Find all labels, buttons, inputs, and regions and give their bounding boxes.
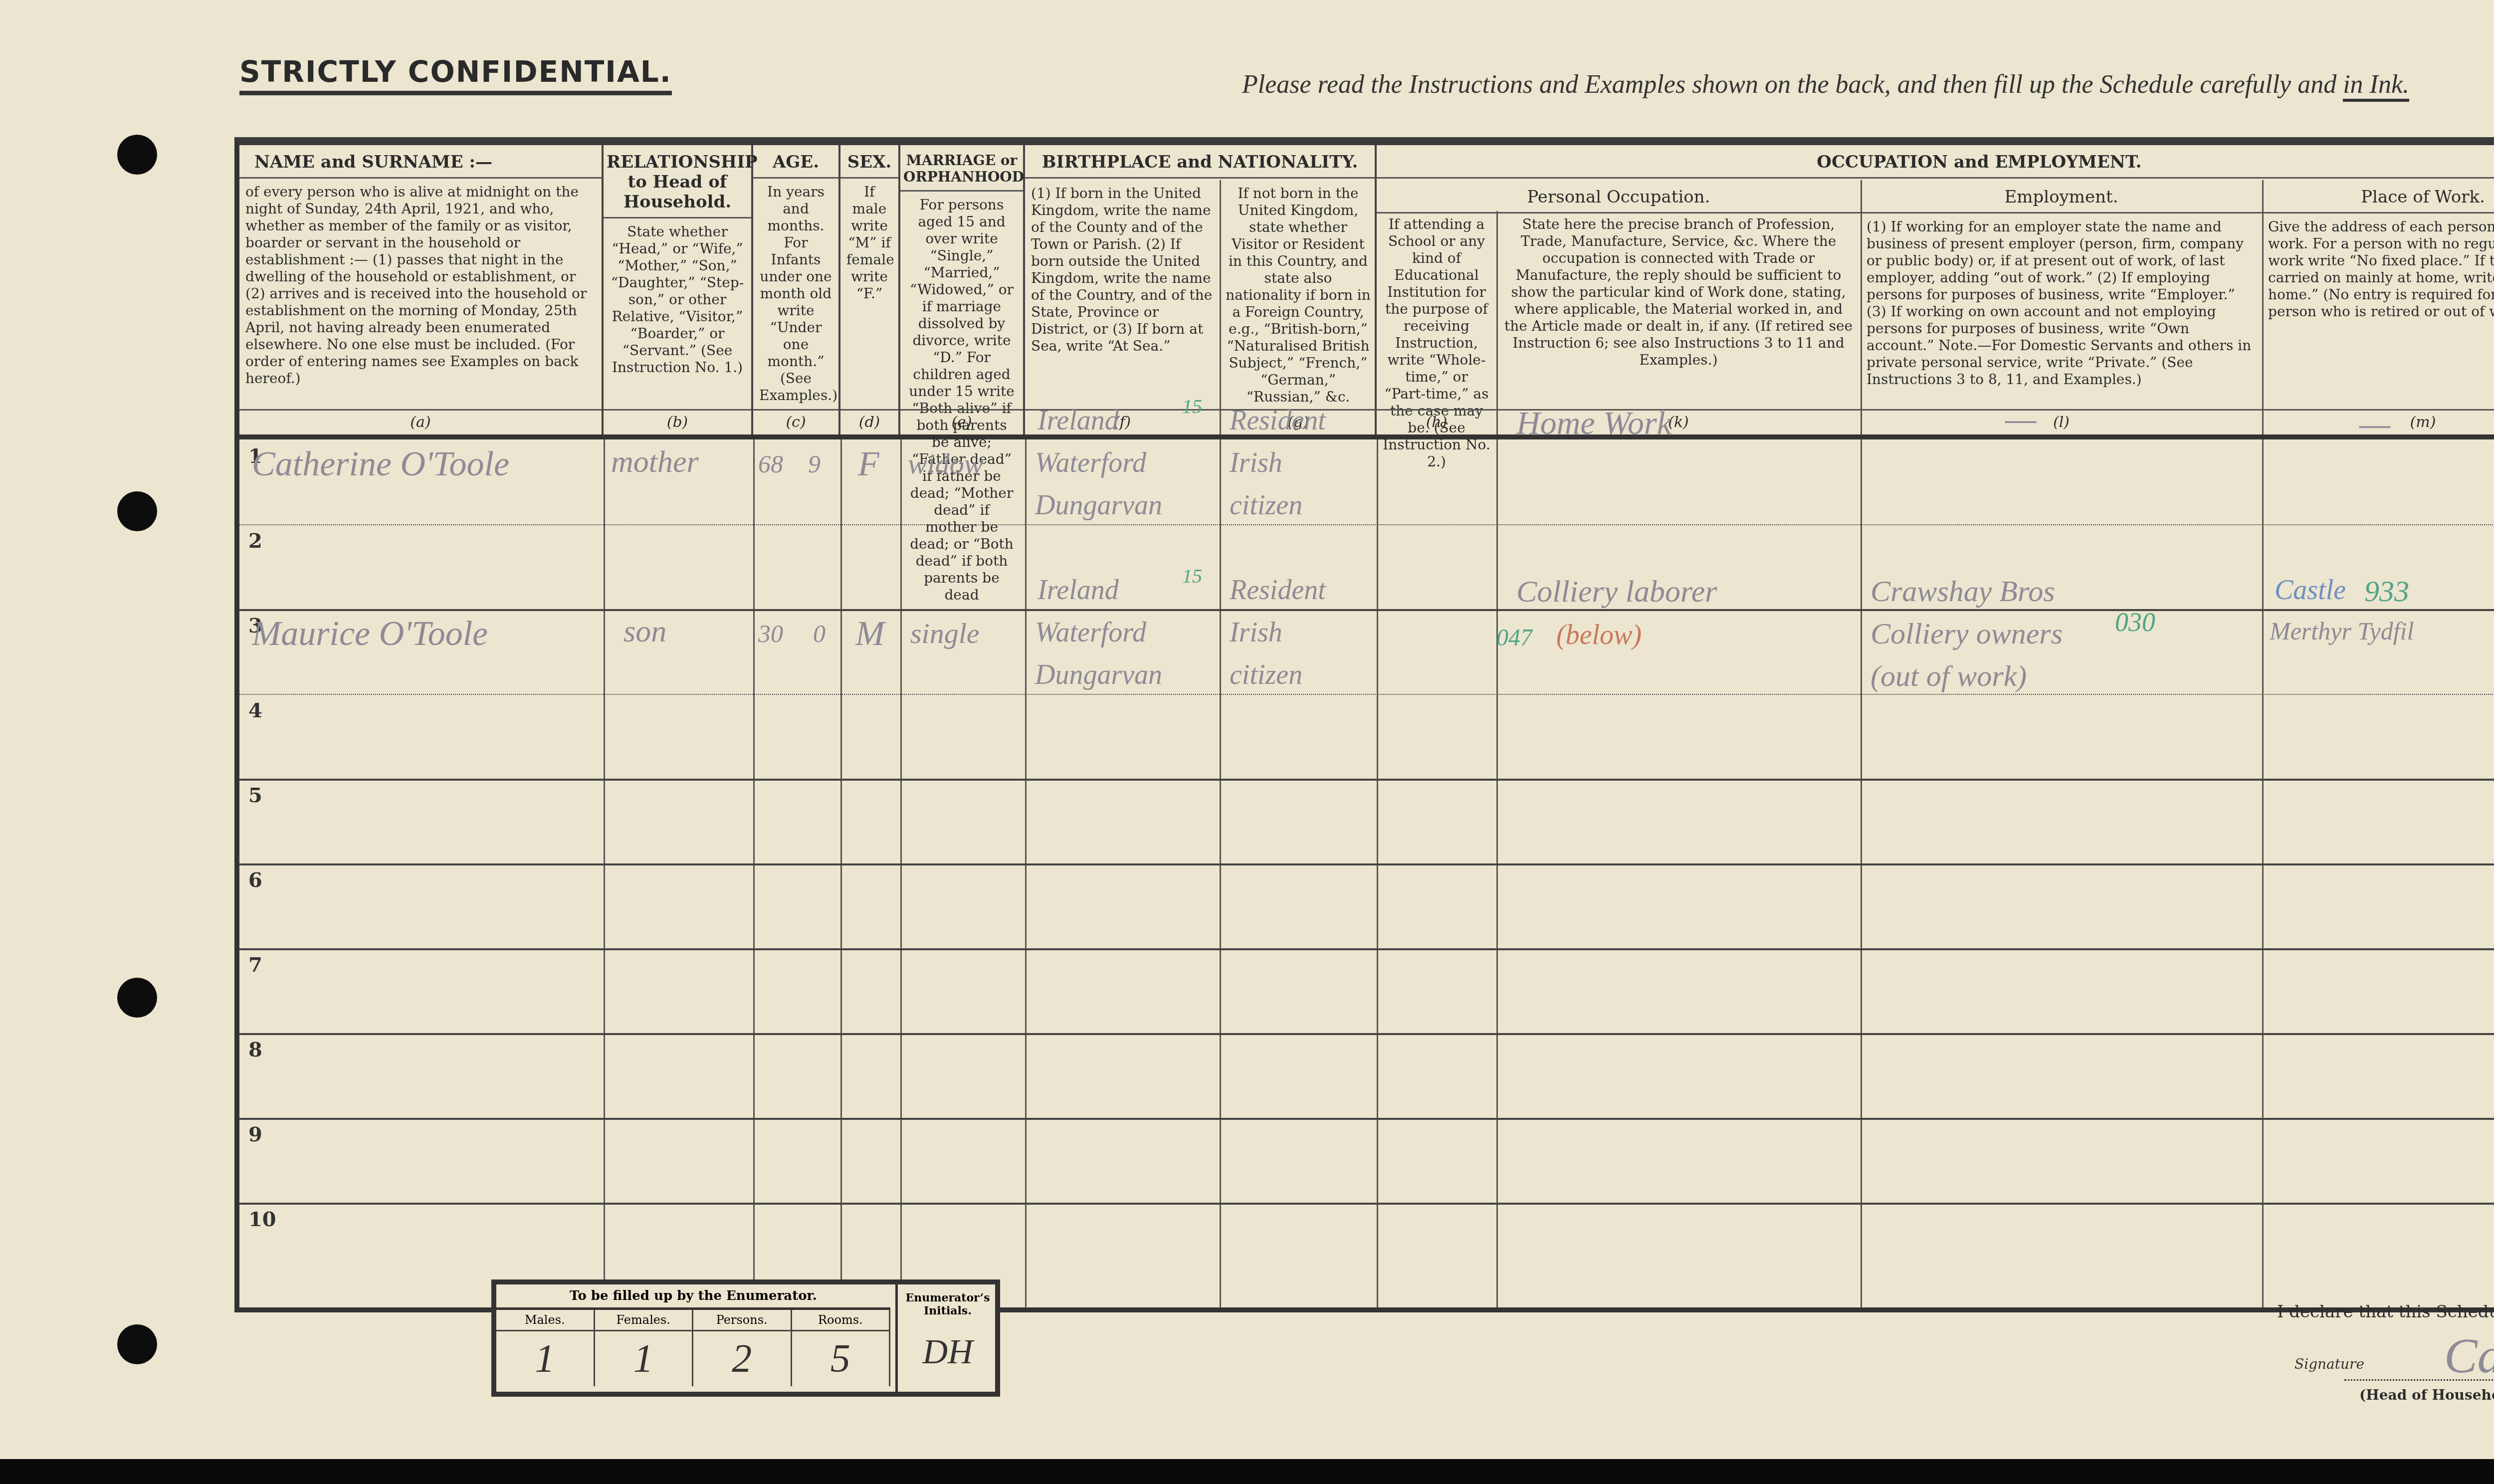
person-nationality-1[interactable]: Resident — [1230, 405, 1326, 436]
instruction-text: Please read the Instructions and Example… — [1242, 70, 2343, 99]
place-code: 933 — [2364, 574, 2409, 609]
column-a-name: NAME and SURNAME :— of every person who … — [239, 145, 604, 434]
person-relationship[interactable]: mother — [611, 444, 699, 480]
age-grid: Under Age last birthday One1234567891011… — [239, 612, 2494, 696]
person-place-of-work-2[interactable]: Merthyr Tydfil — [2270, 617, 2414, 645]
column-instructions: Give the address of each person’s place … — [2262, 213, 2494, 325]
person-relationship[interactable]: son — [623, 614, 666, 649]
column-group-title: OCCUPATION and EMPLOYMENT. — [1377, 145, 2494, 179]
signature[interactable]: Catherine O'Toole — [2444, 1327, 2494, 1384]
column-l-employment: Employment. (1) If working for an employ… — [1861, 180, 2264, 434]
birthplace-code: 15 — [1182, 564, 1202, 588]
row-divider — [239, 524, 2494, 525]
person-birthplace-3[interactable]: Dungarvan — [1035, 659, 1162, 691]
column-m-place-of-work: Place of Work. Give the address of each … — [2262, 180, 2494, 434]
persons-label: Persons. — [693, 1310, 791, 1331]
column-title: MARRIAGE or ORPHANHOOD — [900, 145, 1023, 192]
occupation-note: (below) — [1556, 619, 1642, 651]
table-header: NAME and SURNAME :— of every person who … — [239, 145, 2494, 439]
person-name[interactable]: Maurice O'Toole — [252, 614, 488, 654]
person-sex[interactable]: F — [858, 444, 879, 484]
males-value[interactable]: 1 — [496, 1331, 594, 1386]
persons-cell: Persons. 2 — [693, 1310, 792, 1386]
punch-hole — [117, 491, 157, 531]
column-letter: (b) — [604, 409, 751, 434]
punch-hole — [117, 135, 157, 175]
column-h-schooling: If attending a School or any kind of Edu… — [1377, 211, 1498, 434]
column-group-title: BIRTHPLACE and NATIONALITY. — [1025, 145, 1375, 179]
row-divider — [239, 1118, 2494, 1120]
rooms-cell: Rooms. 5 — [792, 1310, 891, 1386]
signature-note: (Head of Household, Manager of Establish… — [2359, 1387, 2494, 1403]
person-nationality-3[interactable]: citizen — [1230, 659, 1302, 691]
column-title: NAME and SURNAME :— — [239, 145, 602, 179]
person-birthplace-2[interactable]: Waterford — [1035, 447, 1146, 479]
females-value[interactable]: 1 — [595, 1331, 692, 1386]
census-schedule-page: STRICTLY CONFIDENTIAL. Please read the I… — [0, 0, 2494, 1459]
enumerator-initials-cell: Enumerator’s Initials. DH — [895, 1284, 998, 1392]
column-b-relationship: RELATIONSHIP to Head of Household. State… — [604, 145, 753, 434]
column-instructions: State here the precise branch of Profess… — [1496, 211, 1861, 374]
males-label: Males. — [496, 1310, 594, 1331]
column-letter: (h) — [1377, 409, 1496, 434]
column-instructions: of every person who is alive at midnight… — [239, 179, 602, 392]
confidential-heading: STRICTLY CONFIDENTIAL. — [239, 55, 672, 95]
row-number: 8 — [248, 1038, 262, 1061]
age-grid: Under Age last birthday One1234567891011… — [239, 781, 2494, 866]
person-age-years[interactable]: 68 — [758, 449, 783, 478]
column-letter: (d) — [840, 409, 898, 434]
column-instructions: If attending a School or any kind of Edu… — [1377, 211, 1496, 475]
column-instructions: If male write “M” if female write “F.” — [840, 179, 898, 307]
row-number: 7 — [248, 953, 262, 977]
row-divider — [239, 1203, 2494, 1205]
persons-value[interactable]: 2 — [693, 1331, 791, 1386]
age-grid: Under Age last birthday One1234567891011… — [239, 439, 2494, 524]
person-place-of-work[interactable]: — — [2359, 405, 2390, 444]
person-age-months[interactable]: 9 — [808, 449, 821, 478]
column-g-nationality: If not born in the United Kingdom, state… — [1220, 180, 1377, 434]
column-title: RELATIONSHIP to Head of Household. — [604, 145, 751, 218]
person-employer-1[interactable]: Crawshay Bros — [1870, 574, 2055, 609]
birthplace-code: 15 — [1182, 395, 1202, 418]
signature-label: Signature — [2294, 1356, 2364, 1372]
instruction-line: Please read the Instructions and Example… — [1242, 70, 2409, 99]
column-occupation-employment: OCCUPATION and EMPLOYMENT. Personal Occu… — [1377, 145, 2494, 434]
person-employer-3[interactable]: (out of work) — [1870, 659, 2027, 693]
row-number: 10 — [248, 1208, 276, 1231]
instruction-ink: in Ink. — [2343, 70, 2409, 102]
females-cell: Females. 1 — [595, 1310, 694, 1386]
row-number: 4 — [248, 699, 262, 722]
column-letter: (e) — [900, 409, 1023, 434]
totals-title: To be filled up by the Enumerator. — [496, 1284, 890, 1310]
column-letter: (c) — [753, 409, 838, 434]
initials-label: Enumerator’s Initials. — [898, 1284, 998, 1317]
row-divider — [239, 779, 2494, 781]
row-divider — [239, 1033, 2494, 1035]
row-number: 2 — [248, 529, 262, 553]
column-birthplace-nationality: BIRTHPLACE and NATIONALITY. (1) If born … — [1025, 145, 1377, 434]
column-instructions: State whether “Head,” or “Wife,” “Mother… — [604, 218, 751, 381]
person-age-years[interactable]: 30 — [758, 619, 783, 648]
column-instructions: (1) If working for an employer state the… — [1861, 213, 2262, 393]
column-title: Place of Work. — [2262, 180, 2494, 213]
person-place-of-work-1[interactable]: Castle — [2275, 574, 2346, 606]
personal-occupation-title: Personal Occupation. — [1377, 180, 1861, 213]
rooms-label: Rooms. — [792, 1310, 889, 1331]
person-birthplace-1[interactable]: Ireland — [1038, 574, 1119, 606]
column-instructions: (1) If born in the United Kingdom, write… — [1025, 180, 1220, 360]
personal-occupation-group: Personal Occupation. If attending a Scho… — [1377, 180, 1862, 434]
column-title: Employment. — [1861, 180, 2262, 213]
person-nationality-3[interactable]: citizen — [1230, 489, 1302, 521]
column-d-sex: SEX. If male write “M” if female write “… — [840, 145, 900, 434]
person-nationality-2[interactable]: Irish — [1230, 617, 1282, 648]
person-birthplace-2[interactable]: Waterford — [1035, 617, 1146, 648]
initials-value[interactable]: DH — [898, 1317, 998, 1372]
column-k-occupation: State here the precise branch of Profess… — [1496, 211, 1861, 434]
person-birthplace-3[interactable]: Dungarvan — [1035, 489, 1162, 521]
column-instructions: In years and months. For Infants under o… — [753, 179, 838, 409]
row-number: 9 — [248, 1123, 262, 1146]
punch-hole — [117, 1324, 157, 1364]
person-marriage[interactable]: single — [910, 617, 980, 650]
person-occupation[interactable]: Colliery laborer — [1516, 574, 1717, 610]
column-instructions: If not born in the United Kingdom, state… — [1220, 180, 1377, 411]
schedule-table: NAME and SURNAME :— of every person who … — [234, 137, 2494, 1312]
person-birthplace-1[interactable]: Ireland — [1038, 405, 1119, 436]
row-divider — [239, 609, 2494, 611]
column-letter: (a) — [239, 409, 602, 434]
person-employment[interactable]: — — [2005, 400, 2036, 439]
age-grid: Under Age last birthday One1234567891011… — [239, 866, 2494, 951]
column-c-age: AGE. In years and months. For Infants un… — [753, 145, 840, 434]
column-title: SEX. — [840, 145, 898, 179]
person-name[interactable]: Catherine O'Toole — [252, 444, 509, 484]
declaration-text: I declare that this Schedule is correctl… — [2277, 1302, 2494, 1322]
employment-code: 030 — [2115, 607, 2155, 637]
person-nationality-2[interactable]: Irish — [1230, 447, 1282, 479]
rooms-value[interactable]: 5 — [792, 1331, 889, 1386]
males-cell: Males. 1 — [496, 1310, 595, 1386]
occupation-code: 047 — [1496, 624, 1532, 651]
person-age-months[interactable]: 0 — [813, 619, 826, 648]
column-e-marriage: MARRIAGE or ORPHANHOOD For persons aged … — [900, 145, 1025, 434]
column-letter: (l) — [1861, 409, 2262, 434]
enumerator-totals-box: To be filled up by the Enumerator. Males… — [491, 1279, 1000, 1397]
females-label: Females. — [595, 1310, 692, 1331]
column-title: AGE. — [753, 145, 838, 179]
table-body: 1 2 3 4 5 6 7 8 9 10 Under Age last birt… — [239, 439, 2494, 1307]
person-sex[interactable]: M — [855, 614, 884, 654]
punch-hole — [117, 978, 157, 1018]
person-occupation[interactable]: Home Work — [1516, 405, 1671, 442]
person-employer-2[interactable]: Colliery owners — [1870, 617, 2063, 651]
person-nationality-1[interactable]: Resident — [1230, 574, 1326, 606]
person-marriage[interactable]: widow — [908, 447, 984, 480]
